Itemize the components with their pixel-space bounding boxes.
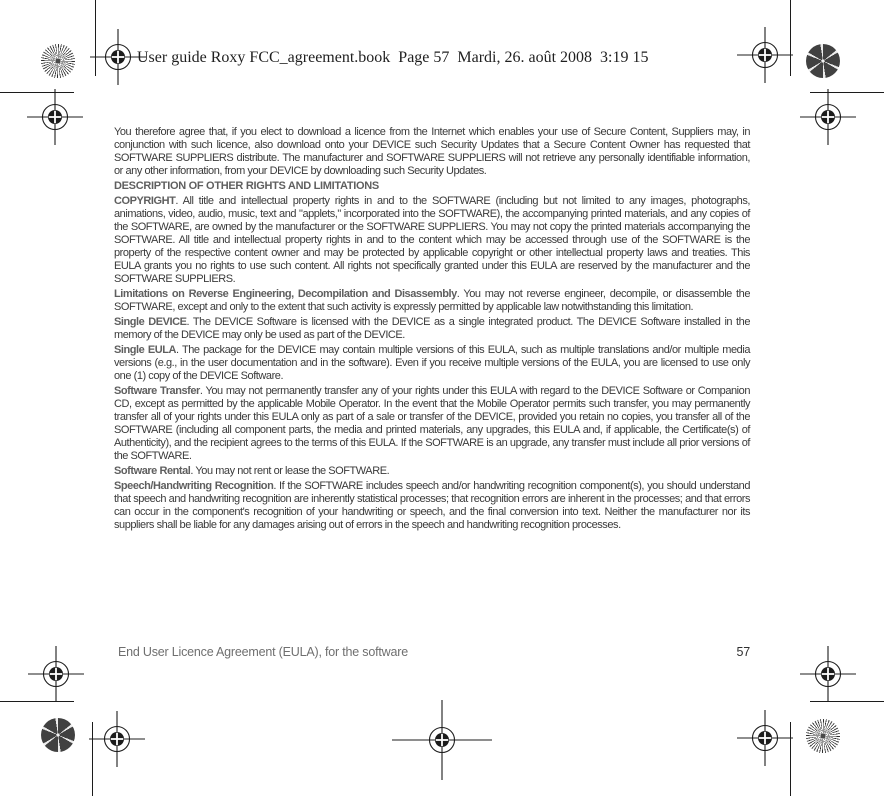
document-page: User guide Roxy FCC_agreement.book Page …	[0, 0, 884, 796]
paragraph: Single EULA. The package for the DEVICE …	[114, 344, 750, 383]
eula-content: You therefore agree that, if you elect t…	[114, 126, 750, 534]
run-in-heading: COPYRIGHT	[114, 195, 175, 207]
registration-target-icon	[737, 710, 793, 771]
footer-title: End User Licence Agreement (EULA), for t…	[118, 645, 408, 659]
paragraph: COPYRIGHT. All title and intellectual pr…	[114, 195, 750, 286]
color-registration-star-icon	[806, 44, 840, 78]
color-registration-star-icon	[41, 718, 75, 752]
registration-target-icon	[89, 711, 145, 772]
registration-target-icon	[800, 89, 856, 150]
color-registration-star-icon	[41, 44, 75, 78]
run-in-heading: Single DEVICE	[114, 316, 187, 328]
registration-target-icon	[800, 646, 856, 707]
registration-target-icon	[737, 27, 793, 88]
run-in-heading: Software Transfer	[114, 385, 200, 397]
paragraph: Software Rental. You may not rent or lea…	[114, 465, 750, 478]
paragraph: Single DEVICE. The DEVICE Software is li…	[114, 316, 750, 342]
print-header: User guide Roxy FCC_agreement.book Page …	[137, 49, 649, 67]
page-number: 57	[736, 645, 750, 659]
registration-target-icon	[392, 700, 492, 785]
section-heading: DESCRIPTION OF OTHER RIGHTS AND LIMITATI…	[114, 180, 750, 193]
registration-target-icon	[28, 646, 84, 707]
run-in-heading: Limitations on Reverse Engineering, Deco…	[114, 288, 457, 300]
paragraph: Limitations on Reverse Engineering, Deco…	[114, 288, 750, 314]
color-registration-star-icon	[806, 719, 840, 753]
page-footer: End User Licence Agreement (EULA), for t…	[118, 645, 750, 659]
registration-target-icon	[27, 89, 83, 150]
run-in-heading: Single EULA	[114, 344, 176, 356]
paragraph: Speech/Handwriting Recognition. If the S…	[114, 480, 750, 532]
run-in-heading: Software Rental	[114, 465, 190, 477]
paragraph: You therefore agree that, if you elect t…	[114, 126, 750, 178]
paragraph: Software Transfer. You may not permanent…	[114, 385, 750, 463]
run-in-heading: Speech/Handwriting Recognition	[114, 480, 273, 492]
